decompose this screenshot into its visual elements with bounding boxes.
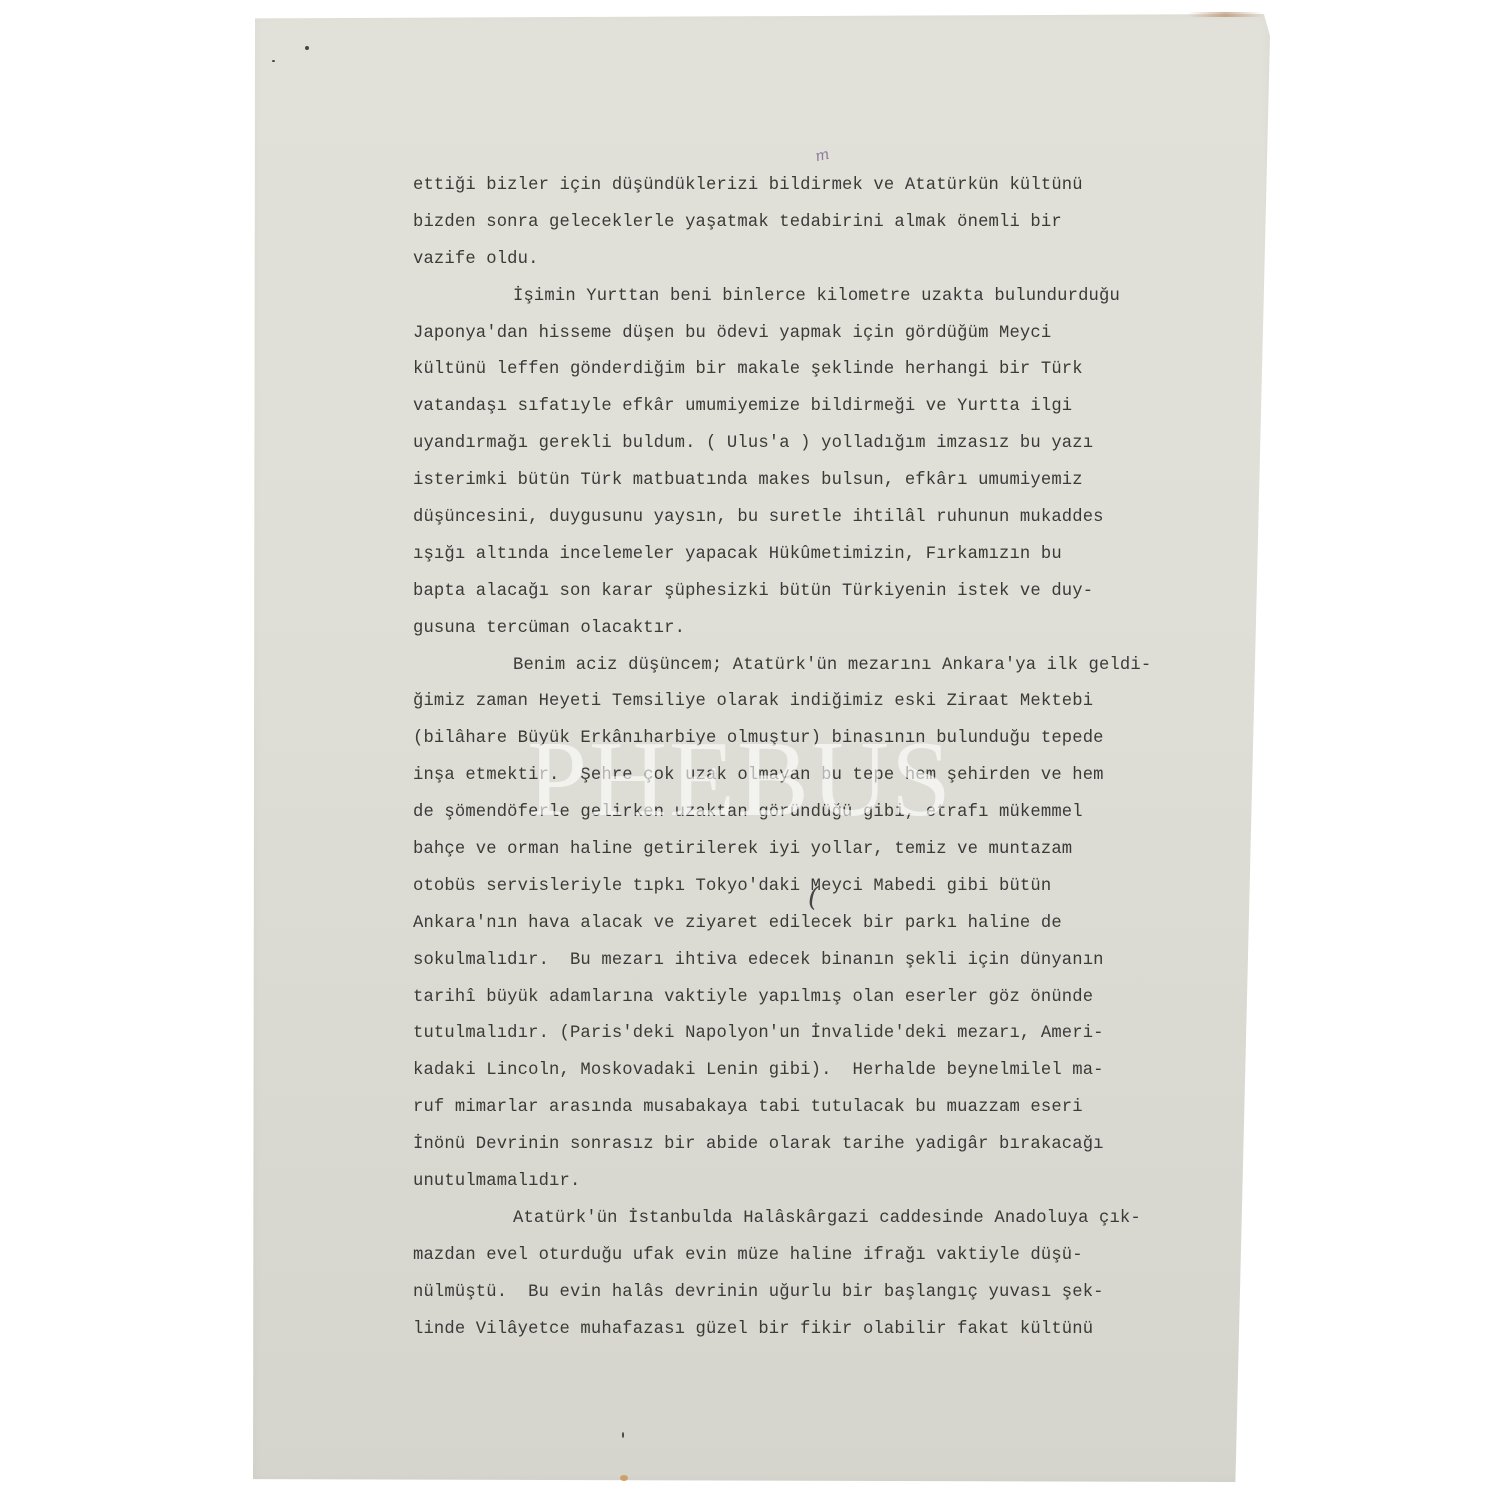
text-line: bapta alacağı son karar şüphesizki bütün… (413, 574, 1243, 611)
text-line: tutulmalıdır. (Paris'deki Napolyon'un İn… (413, 1016, 1243, 1053)
paper-speck (622, 1432, 624, 1438)
text-line: sokulmalıdır. Bu mezarı ihtiva edecek bi… (413, 943, 1243, 980)
text-line: Japonya'dan hisseme düşen bu ödevi yapma… (413, 316, 1243, 353)
paper-speck (305, 46, 309, 50)
text-line: ettiği bizler için düşündüklerizi bildir… (413, 168, 1243, 205)
paper-stain (620, 1475, 628, 1481)
text-line: nülmüştü. Bu evin halâs devrinin uğurlu … (413, 1275, 1243, 1312)
text-line: unutulmamalıdır. (413, 1164, 1243, 1201)
text-line: ışığı altında incelemeler yapacak Hükûme… (413, 537, 1243, 574)
text-line: tarihî büyük adamlarına vaktiyle yapılmı… (413, 980, 1243, 1017)
text-line: uyandırmağı gerekli buldum. ( Ulus'a ) y… (413, 426, 1243, 463)
handwritten-correction-mark: ( (808, 883, 818, 913)
text-line: bizden sonra geleceklerle yaşatmak tedab… (413, 205, 1243, 242)
text-line: ruf mimarlar arasında musabakaya tabi tu… (413, 1090, 1243, 1127)
text-line: (bilâhare Büyük Erkânıharbiye olmuştur) … (413, 721, 1243, 758)
text-line: ğimiz zaman Heyeti Temsiliye olarak indi… (413, 684, 1243, 721)
text-line: linde Vilâyetce muhafazası güzel bir fik… (413, 1312, 1243, 1349)
text-line: vatandaşı sıfatıyle efkâr umumiyemize bi… (413, 389, 1243, 426)
text-line: gusuna tercüman olacaktır. (413, 611, 1243, 648)
text-line: İşimin Yurttan beni binlerce kilometre u… (413, 279, 1243, 316)
paper-speck (272, 60, 275, 62)
text-line: kültünü leffen gönderdiğim bir makale şe… (413, 352, 1243, 389)
text-line: Ankara'nın hava alacak ve ziyaret edilec… (413, 906, 1243, 943)
text-line: de şömendöferle gelirken uzaktan göründü… (413, 795, 1243, 832)
text-line: bahçe ve orman haline getirilerek iyi yo… (413, 832, 1243, 869)
paper-stain (1188, 12, 1263, 17)
text-line: otobüs servisleriyle tıpkı Tokyo'daki Me… (413, 869, 1243, 906)
typewritten-body: ettiği bizler için düşündüklerizi bildir… (413, 168, 1243, 1349)
text-line: Benim aciz düşüncem; Atatürk'ün mezarını… (413, 648, 1243, 685)
text-line: inşa etmektir. Şehre çok uzak olmayan bu… (413, 758, 1243, 795)
text-line: vazife oldu. (413, 242, 1243, 279)
text-line: İnönü Devrinin sonrasız bir abide olarak… (413, 1127, 1243, 1164)
text-line: isterimki bütün Türk matbuatında makes b… (413, 463, 1243, 500)
text-line: kadaki Lincoln, Moskovadaki Lenin gibi).… (413, 1053, 1243, 1090)
text-line: Atatürk'ün İstanbulda Halâskârgazi cadde… (413, 1201, 1243, 1238)
text-line: mazdan evel oturduğu ufak evin müze hali… (413, 1238, 1243, 1275)
text-line: düşüncesini, duygusunu yaysın, bu suretl… (413, 500, 1243, 537)
